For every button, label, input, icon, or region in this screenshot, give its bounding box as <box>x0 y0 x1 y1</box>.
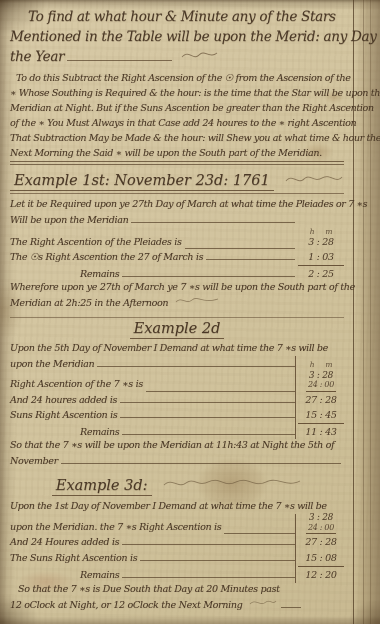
row-label: Right Ascention of the 7 ∗s is <box>10 378 143 392</box>
page-title: To find at what hour & Minute any of the… <box>10 7 344 67</box>
unit-header: h m <box>298 228 344 236</box>
conclusion-line: So that the 7 ∗s is Due South that Day a… <box>10 583 344 597</box>
conclusion-line: So that the 7 ∗s will be upon the Meridi… <box>10 439 344 453</box>
intro-line: To do this Subtract the Right Ascension … <box>10 71 344 86</box>
value-text: 24 : 00 <box>308 381 334 390</box>
flourish-icon <box>174 295 220 306</box>
rule-line <box>185 238 295 249</box>
intro-line: ∗ Whose Southing is Required & the hour:… <box>10 86 344 101</box>
rule-line <box>97 356 295 367</box>
row-value: 11 : 43 <box>298 426 344 440</box>
row-value: 15 : 08 <box>298 551 344 567</box>
rule-line <box>120 392 295 403</box>
rule-line <box>224 523 295 534</box>
row-value: 2 : 25 <box>298 268 344 282</box>
section-rule <box>10 164 344 165</box>
rule-line <box>120 407 295 418</box>
example-3-conclusion: So that the 7 ∗s is Due South that Day a… <box>10 583 344 612</box>
row-value: h m3 : 28 <box>298 228 344 250</box>
intro-line: of the ∗ You Must Always in that Case ad… <box>10 116 344 131</box>
row-value: 27 : 28 <box>298 394 344 408</box>
flourish-icon <box>284 172 344 185</box>
section-rule <box>10 317 344 318</box>
calc-row: upon the Meridian h m <box>10 356 344 372</box>
calc-row: And 24 houres added is 27 : 28 <box>10 392 344 408</box>
example-body-line: Upon the 1st Day of November I Demand at… <box>10 499 344 514</box>
intro-line: Next Morning the Said ∗ will be upon the… <box>10 146 344 162</box>
rule-line <box>61 453 341 464</box>
calc-row: And 24 Houres added is 27 : 28 <box>10 534 344 550</box>
example-1-heading: Example 1st: November 23d: 1761 <box>10 172 344 194</box>
example-2-heading: Example 2d <box>10 320 344 339</box>
conclusion-line: 12 oClock at Night, or 12 oClock the Nex… <box>10 597 344 613</box>
conclusion-line: November <box>10 453 344 469</box>
row-label: upon the Meridian <box>10 358 94 372</box>
rule-line <box>281 597 301 608</box>
example-heading-text: Example 3d: <box>52 478 152 496</box>
rule-line <box>131 212 295 223</box>
row-label: upon the Meridian. the 7 ∗s Right Ascent… <box>10 521 221 535</box>
stacked-values: 3 : 2824 : 00 <box>306 372 336 392</box>
calc-row: The Suns Right Ascention is 15 : 08 <box>10 550 344 567</box>
row-value: 1 : 03 <box>298 251 344 266</box>
row-value: 3 : 2824 : 00 <box>298 514 344 534</box>
row-label: Suns Right Ascention is <box>10 409 117 423</box>
example-1-calc: Will be upon the Meridian The Right Asce… <box>10 212 344 281</box>
manuscript-page: To find at what hour & Minute any of the… <box>0 0 380 624</box>
flourish-icon <box>248 597 278 608</box>
conclusion-line: Wherefore upon ye 27th of March ye 7 ∗s … <box>10 281 344 295</box>
conclusion-line: Meridian at 2h:25 in the Afternoon <box>10 295 344 311</box>
calc-row: Suns Right Ascention is 15 : 45 <box>10 407 344 424</box>
example-3-heading: Example 3d: <box>10 475 344 496</box>
rule-line <box>67 50 171 61</box>
rule-line <box>122 567 295 578</box>
rule-line <box>122 266 295 277</box>
row-label: And 24 houres added is <box>10 394 117 408</box>
row-label: Remains <box>80 568 119 583</box>
calc-row: Will be upon the Meridian <box>10 212 344 228</box>
title-line: To find at what hour & Minute any of the… <box>10 7 344 27</box>
example-3-section: Example 3d: Upon the 1st Day of November… <box>10 475 344 612</box>
row-label: Remains <box>80 268 119 282</box>
example-heading-text: Example 1st: November 23d: 1761 <box>10 173 274 191</box>
example-heading-text: Example 2d <box>130 321 225 339</box>
example-body-line: Upon the 5th Day of November I Demand at… <box>10 341 344 356</box>
row-label: Remains <box>80 426 119 440</box>
unit-header: h m <box>298 361 344 369</box>
conclusion-text: Meridian at 2h:25 in the Afternoon <box>10 297 168 311</box>
calc-row: upon the Meridian. the 7 ∗s Right Ascent… <box>10 514 344 534</box>
stacked-values: 3 : 2824 : 00 <box>306 514 336 534</box>
example-2-conclusion: So that the 7 ∗s will be upon the Meridi… <box>10 439 344 468</box>
value-column-rule <box>295 514 296 583</box>
intro-line: That Subtraction May be Made & the hour:… <box>10 131 344 146</box>
example-1-section: Example 1st: November 23d: 1761 Let it b… <box>10 172 344 310</box>
conclusion-text: November <box>10 455 58 469</box>
title-line: the Year <box>10 47 344 67</box>
row-label: The Suns Right Ascention is <box>10 551 137 566</box>
example-3-calc: upon the Meridian. the 7 ∗s Right Ascent… <box>10 514 344 583</box>
rule-line <box>122 534 295 545</box>
row-value: 3 : 2824 : 00 <box>298 372 344 392</box>
calc-row: Remains 11 : 43 <box>10 424 344 440</box>
row-value: 12 : 20 <box>298 568 344 583</box>
value-column-rule <box>295 356 296 439</box>
example-2-calc: upon the Meridian h m Right Ascention of… <box>10 356 344 439</box>
example-2-section: Example 2d Upon the 5th Day of November … <box>10 317 344 468</box>
page-content: To find at what hour & Minute any of the… <box>0 0 380 624</box>
calc-row: The ☉s Right Ascention the 27 of March i… <box>10 249 344 266</box>
title-line-text: the Year <box>10 47 64 67</box>
row-label: The Right Ascention of the Pleiades is <box>10 236 182 250</box>
row-label: And 24 Houres added is <box>10 535 119 550</box>
calc-row: The Right Ascention of the Pleiades is h… <box>10 228 344 250</box>
row-value: 15 : 45 <box>298 409 344 424</box>
calc-row: Remains 2 : 25 <box>10 266 344 282</box>
calc-row: Remains 12 : 20 <box>10 567 344 583</box>
conclusion-text: 12 oClock at Night, or 12 oClock the Nex… <box>10 599 242 613</box>
flourish-icon <box>181 49 219 61</box>
intro-line: Meridian at Night. But if the Suns Ascen… <box>10 101 344 116</box>
row-value: 27 : 28 <box>298 535 344 550</box>
intro-paragraph: To do this Subtract the Right Ascension … <box>10 71 344 165</box>
title-line: Mentioned in the Table will be upon the … <box>10 27 344 47</box>
example-body-line: Let it be Required upon ye 27th Day of M… <box>10 197 344 212</box>
flourish-icon <box>162 475 302 490</box>
rule-line <box>206 249 295 260</box>
rule-line <box>122 424 295 435</box>
calc-row: Right Ascention of the 7 ∗s is 3 : 2824 … <box>10 372 344 392</box>
row-value: h m <box>298 361 344 369</box>
example-1-conclusion: Wherefore upon ye 27th of March ye 7 ∗s … <box>10 281 344 310</box>
value-text: 3 : 28 <box>308 237 334 248</box>
row-label: Will be upon the Meridian <box>10 214 128 228</box>
rule-line <box>146 381 295 392</box>
value-text: 24 : 00 <box>308 524 334 533</box>
row-label: The ☉s Right Ascention the 27 of March i… <box>10 251 203 265</box>
rule-line <box>140 550 295 561</box>
